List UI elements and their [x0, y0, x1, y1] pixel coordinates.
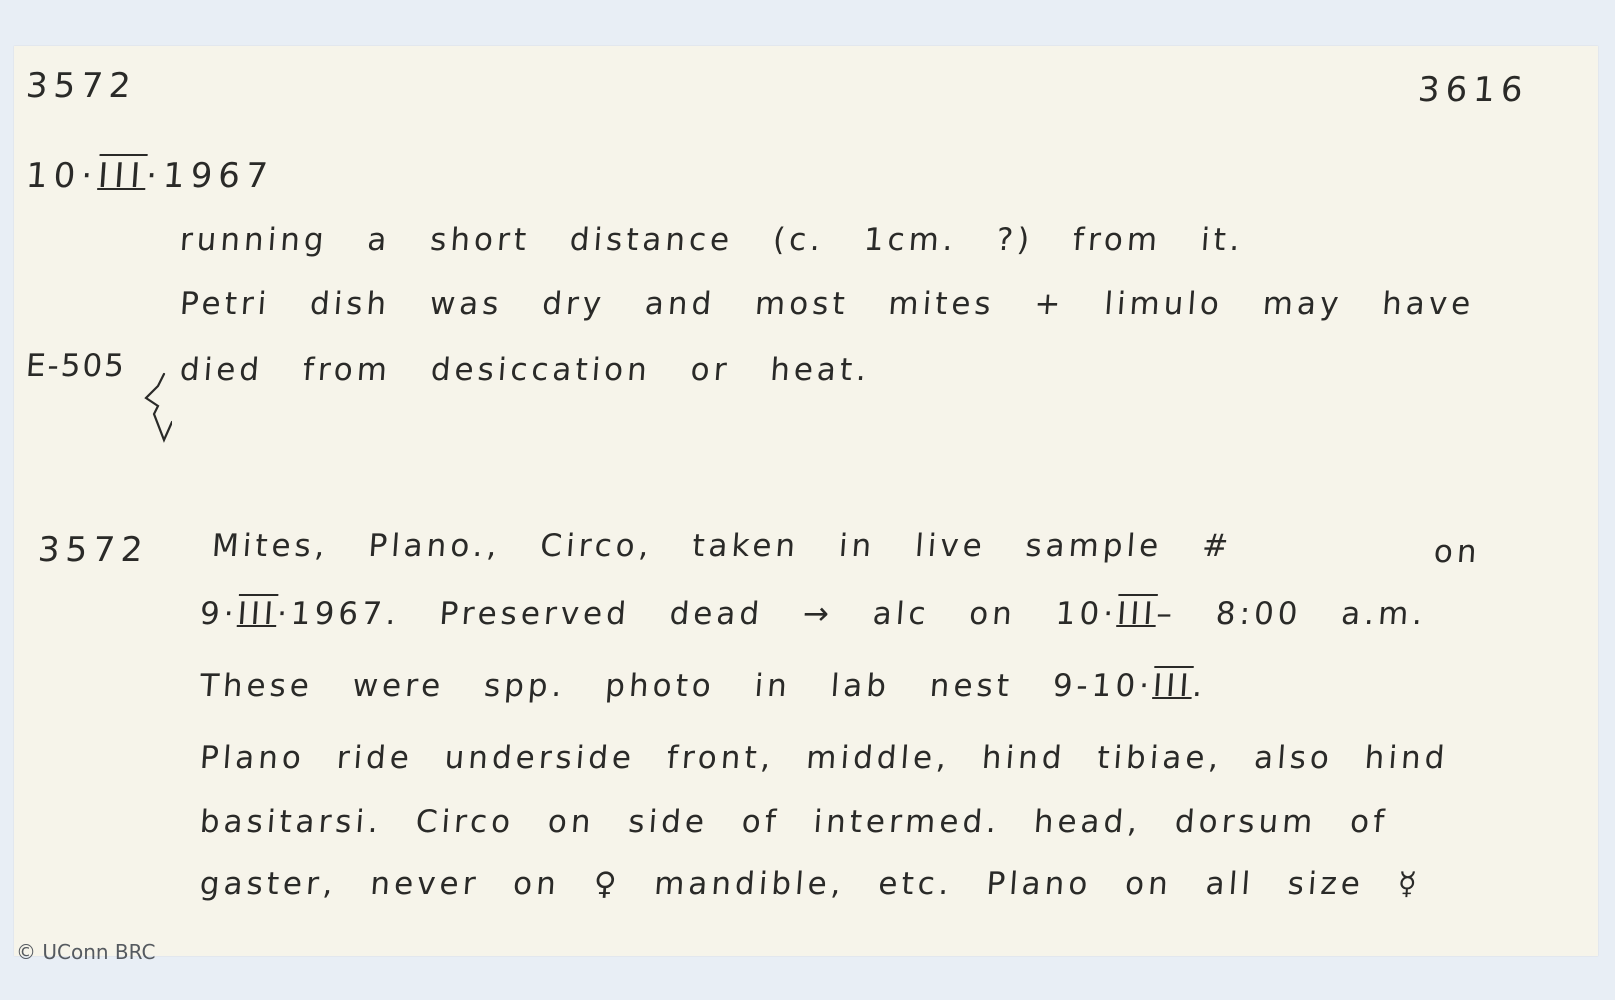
date-month-roman: III — [1116, 596, 1158, 632]
date-day: 9· — [199, 596, 239, 632]
entry-2-line-2: 9·III·1967. Preserved dead → alc on 10·I… — [199, 596, 1428, 632]
entry-1-line-2: Petri dish was dry and most mites + limu… — [179, 286, 1476, 322]
entry-2-line-1: Mites, Plano., Circo, taken in live samp… — [211, 528, 1234, 564]
side-label-e505: E-505 — [25, 348, 127, 384]
date-month-roman: III — [1152, 668, 1194, 704]
copyright-notice: © UConn BRC — [16, 940, 156, 964]
line-text: . — [1191, 668, 1207, 704]
entry-2-line-1-end: on — [1433, 534, 1482, 570]
entry-date: 10·III·1967 — [25, 156, 275, 196]
date-year: ·1967 — [145, 156, 275, 196]
entry-1-line-3: died from desiccation or heat. — [179, 352, 872, 388]
brace-icon — [142, 356, 172, 451]
card-number-left: 3572 — [25, 66, 138, 106]
entry-2-line-4: Plano ride underside front, middle, hind… — [199, 740, 1450, 776]
entry-2-line-5: basitarsi. Circo on side of intermed. he… — [199, 804, 1390, 840]
index-card: 3572 3616 10·III·1967 running a short di… — [14, 46, 1598, 956]
card-number-right: 3616 — [1417, 70, 1530, 110]
line-text: ·1967. Preserved dead → alc on 10· — [276, 596, 1119, 632]
line-text: These were spp. photo in lab nest 9-10· — [199, 668, 1155, 704]
entry-2-line-3: These were spp. photo in lab nest 9-10·I… — [199, 668, 1208, 704]
date-day: 10· — [25, 156, 100, 196]
entry-1-line-1: running a short distance (c. 1cm. ?) fro… — [179, 222, 1245, 258]
entry-2-number: 3572 — [37, 530, 150, 570]
date-month-roman: III — [236, 596, 278, 632]
entry-2-line-6: gaster, never on ♀ mandible, etc. Plano … — [199, 866, 1422, 902]
line-text: – 8:00 a.m. — [1155, 596, 1427, 632]
date-month-roman: III — [97, 156, 148, 196]
